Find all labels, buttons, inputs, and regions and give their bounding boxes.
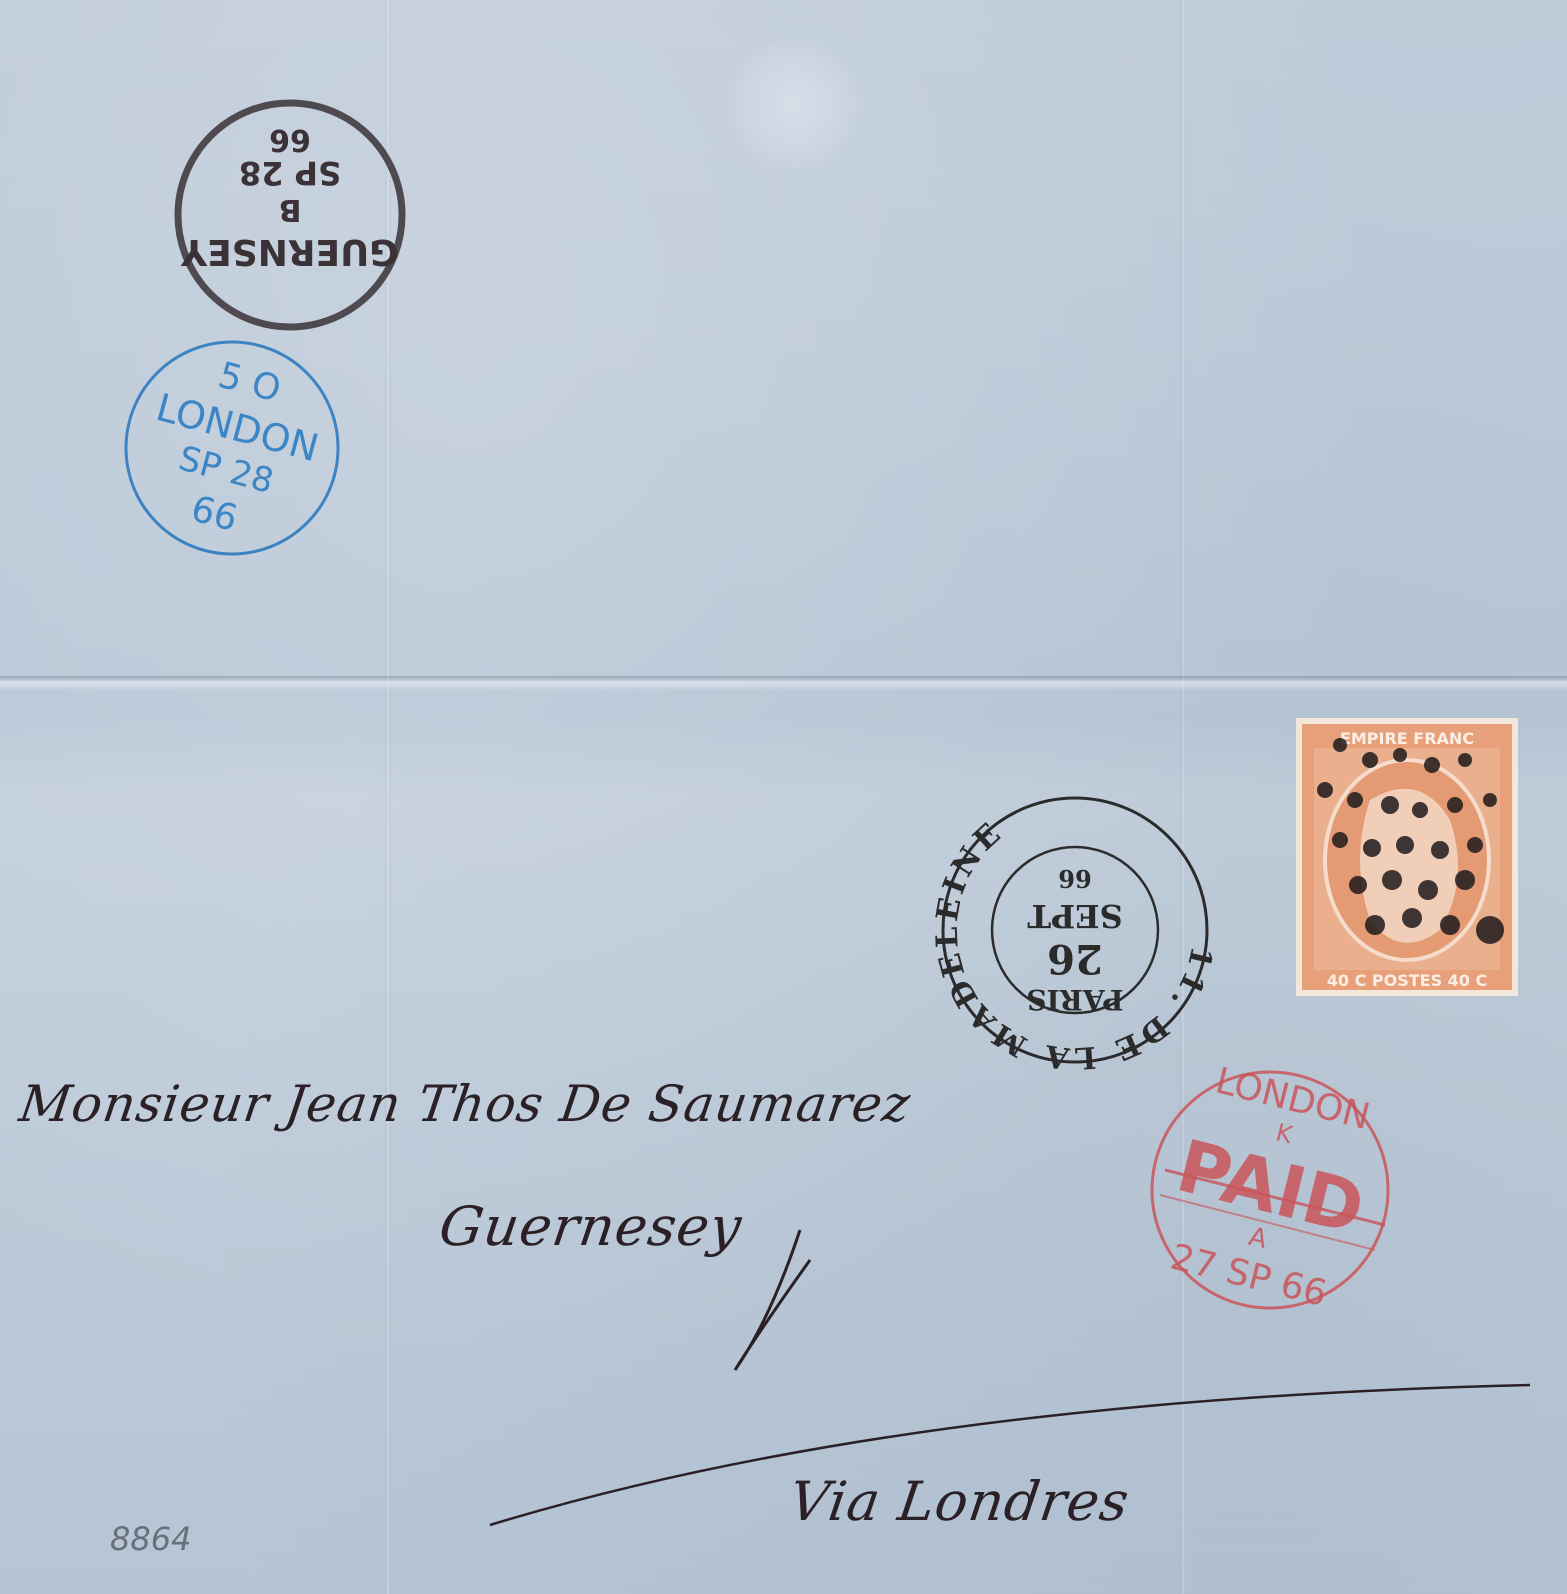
address-line-2: Guernesey — [436, 1195, 746, 1258]
svg-text:SEPT: SEPT — [1027, 897, 1123, 935]
svg-text:26: 26 — [1047, 935, 1103, 982]
svg-text:GUERNSEY: GUERNSEY — [180, 231, 399, 272]
svg-text:PARIS: PARIS — [1026, 983, 1123, 1016]
postage-stamp: EMPIRE FRANC 40 C POSTES 40 C — [1296, 718, 1518, 996]
pencil-note: 8864 — [110, 1520, 191, 1558]
svg-text:66: 66 — [1058, 864, 1091, 893]
guernsey-postmark: GUERNSEY B SP 28 66 — [178, 103, 402, 327]
svg-text:66: 66 — [187, 488, 242, 539]
london-transit-postmark: 5 O LONDON SP 28 66 — [126, 342, 338, 556]
london-paid-postmark: LONDON K PAID A 27 SP 66 — [1152, 1057, 1389, 1319]
address-line-1: Monsieur Jean Thos De Saumarez — [16, 1075, 915, 1133]
pen-flourish — [735, 1230, 810, 1370]
postmarks-layer: GUERNSEY B SP 28 66 5 O LONDON SP 28 66 … — [0, 0, 1567, 1594]
svg-text:66: 66 — [269, 122, 311, 157]
paris-postmark: 11. DE LA MADELEINE PARIS 26 SEPT 66 — [930, 798, 1219, 1076]
svg-text:PAID: PAID — [1169, 1124, 1372, 1251]
svg-text:SP 28: SP 28 — [239, 154, 341, 192]
svg-text:A: A — [1246, 1222, 1271, 1255]
svg-text:B: B — [279, 192, 302, 227]
address-line-3: Via Londres — [786, 1470, 1134, 1533]
svg-text:EMPIRE FRANC: EMPIRE FRANC — [1340, 729, 1474, 748]
svg-text:40 C POSTES 40 C: 40 C POSTES 40 C — [1327, 971, 1488, 990]
